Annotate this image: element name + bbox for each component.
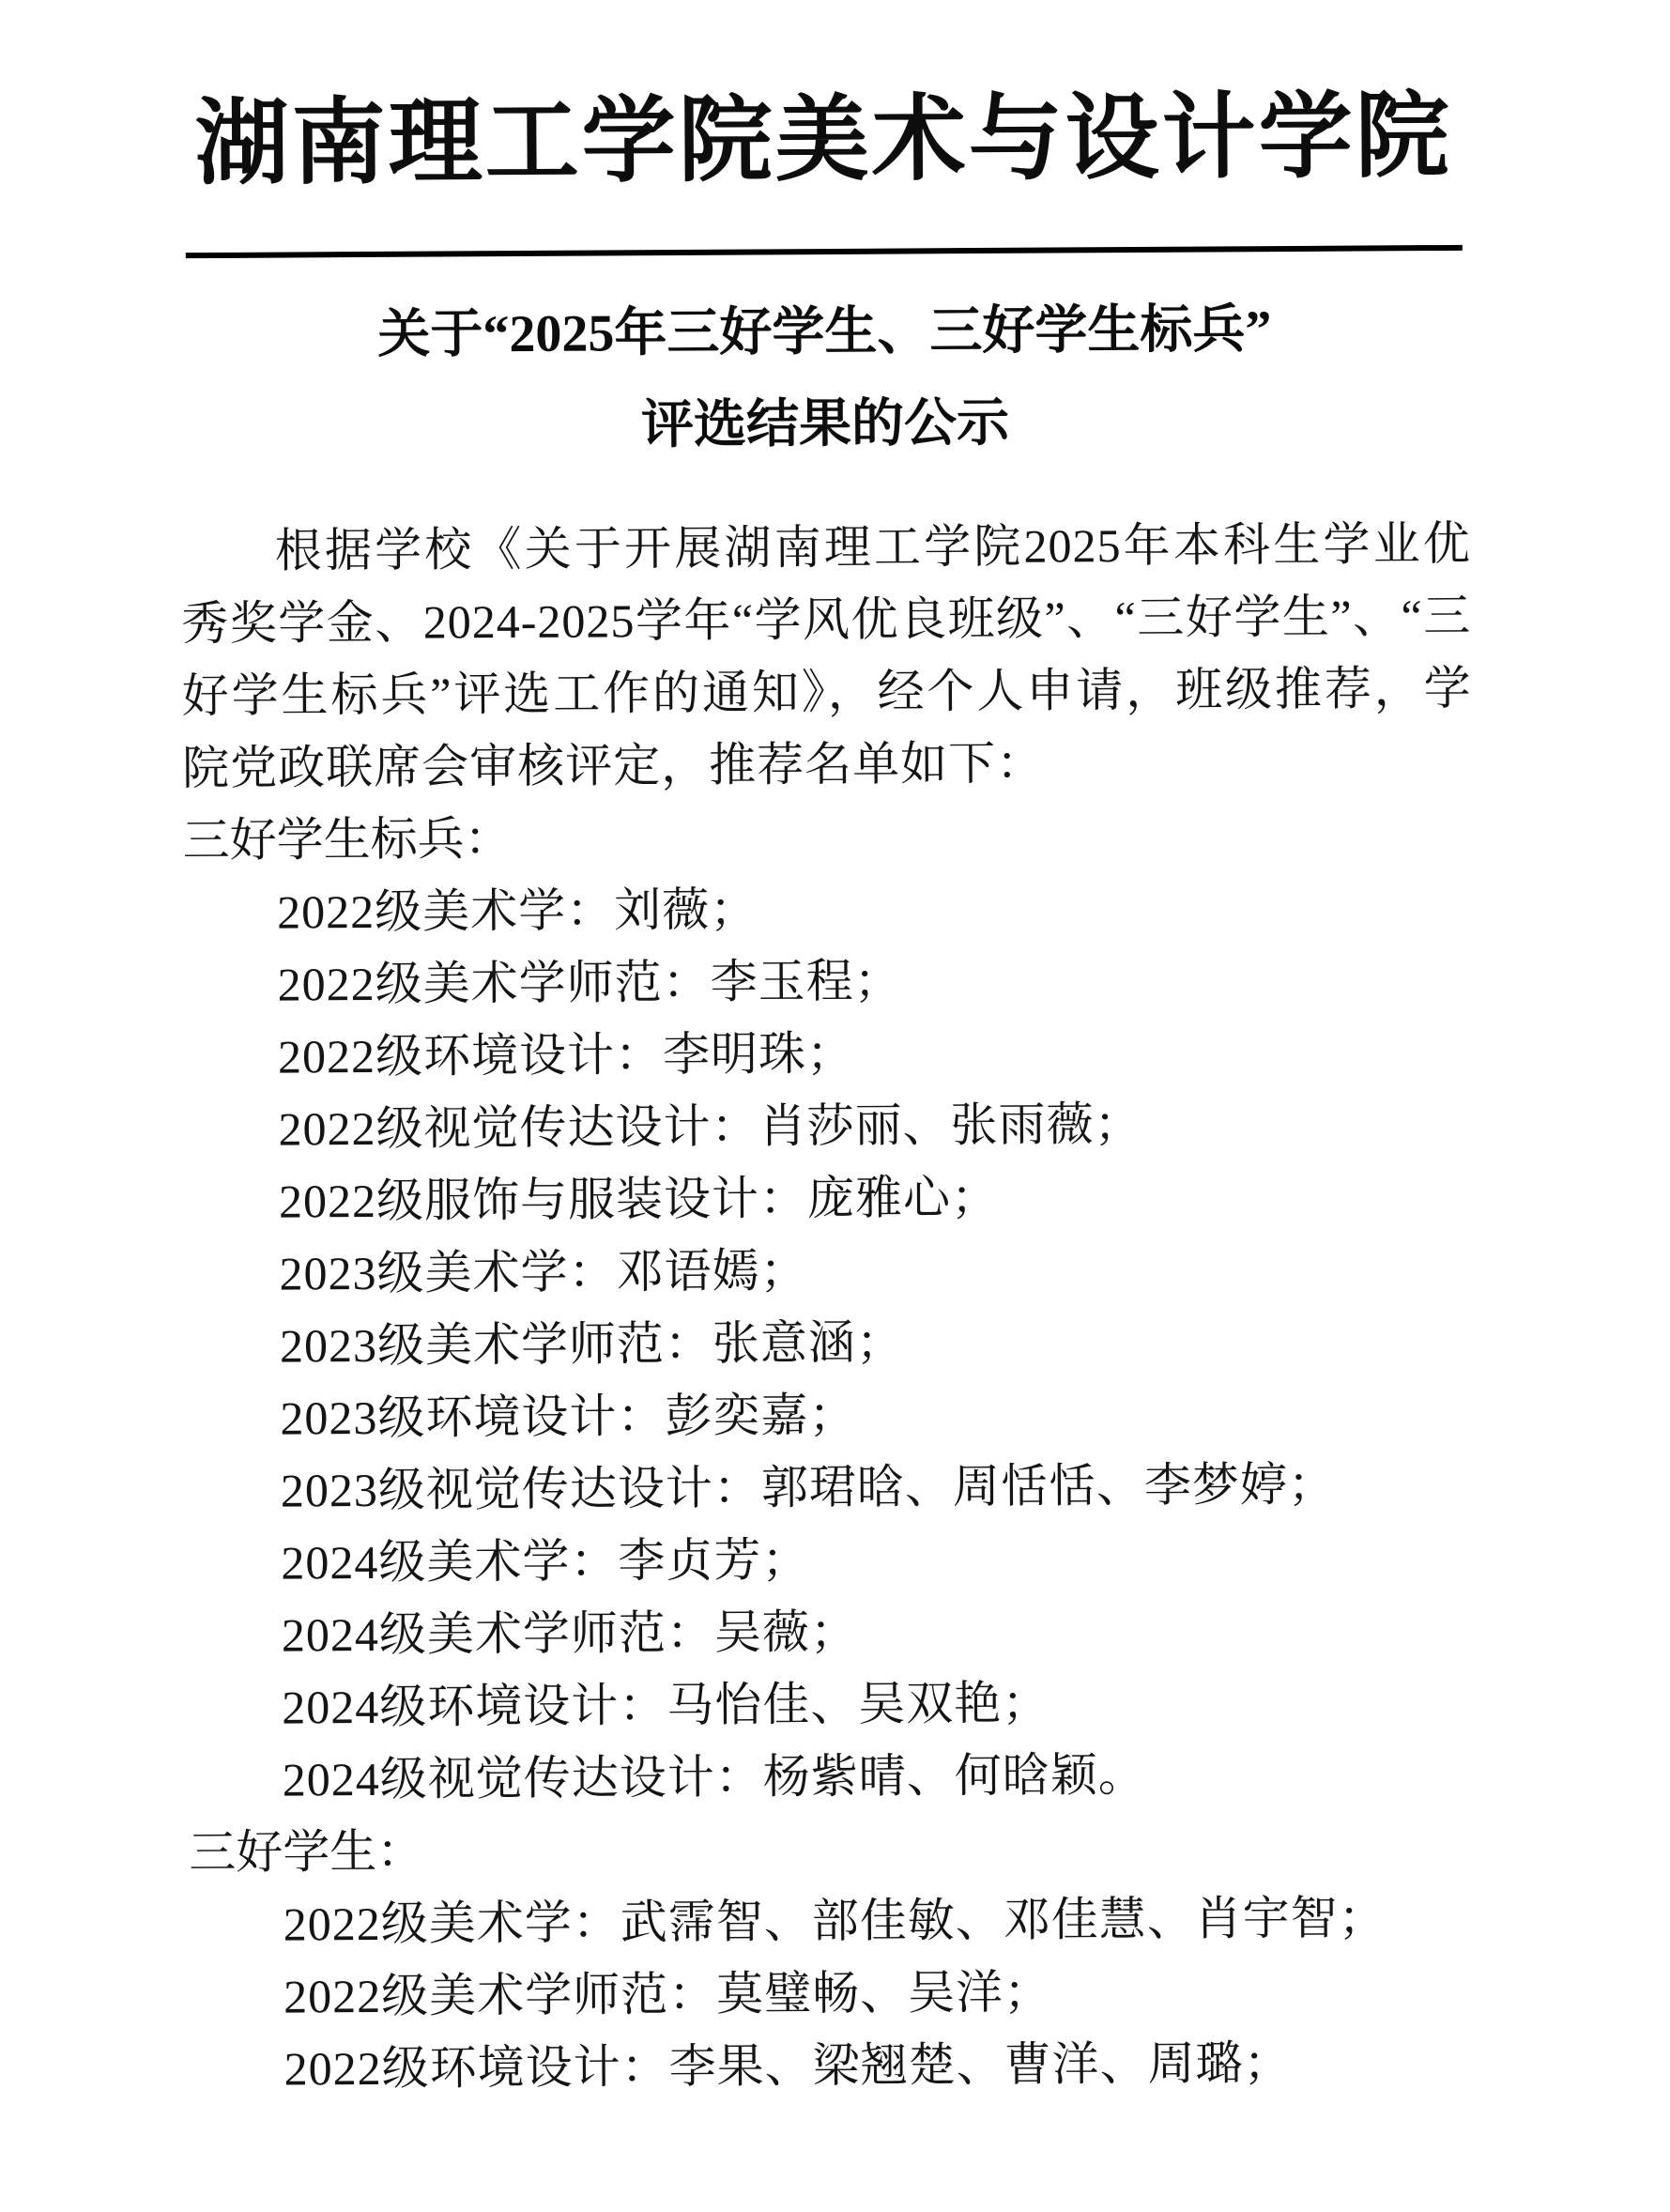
award-list-item: 2022级服饰与服装设计：庞雅心； (185, 1159, 1475, 1238)
scanned-sheet: 湖南理工学院美术与设计学院 关于“2025年三好学生、三好学生标兵” 评选结果的… (178, 76, 1480, 2106)
award-list-item: 2024级环境设计：马怡佳、吴双艳； (188, 1665, 1478, 1744)
section-heading-three-good-students: 三好学生： (189, 1809, 1478, 1889)
award-list-item: 2022级环境设计：李明珠； (184, 1014, 1474, 1094)
document-page: 湖南理工学院美术与设计学院 关于“2025年三好学生、三好学生标兵” 评选结果的… (0, 0, 1670, 2212)
title-divider (186, 245, 1463, 258)
award-list-item: 2022级美术学：武霈智、部佳敏、邓佳慧、肖宇智； (189, 1882, 1478, 1961)
award-list-item: 2022级美术学：刘薇； (183, 869, 1473, 949)
notice-title-line-2: 评选结果的公示 (180, 388, 1470, 461)
notice-title-line-1: 关于“2025年三好学生、三好学生标兵” (179, 296, 1469, 369)
section-model-students: 三好学生标兵： 2022级美术学：刘薇； 2022级美术学师范：李玉程； 202… (182, 797, 1478, 1817)
award-list-item: 2024级美术学：李贞芳； (187, 1520, 1477, 1600)
award-list-item: 2024级美术学师范：吴薇； (188, 1592, 1478, 1672)
award-list-item: 2023级美术学：邓语嫣； (185, 1231, 1475, 1311)
intro-paragraph: 根据学校《关于开展湖南理工学院2025年本科生学业优秀奖学金、2024-2025… (181, 508, 1473, 805)
award-list-item: 2024级视觉传达设计：杨紫晴、何晗颖。 (189, 1737, 1478, 1817)
award-list-item: 2023级美术学师范：张意涵； (186, 1303, 1476, 1383)
section-heading-model-students: 三好学生标兵： (182, 797, 1472, 877)
award-list-item: 2023级视觉传达设计：郭珺晗、周恬恬、李梦婷； (187, 1448, 1477, 1528)
college-title: 湖南理工学院美术与设计学院 (178, 76, 1469, 206)
award-list-item: 2022级环境设计：李果、梁翘楚、曹洋、周璐； (190, 2026, 1479, 2106)
model-students-list: 2022级美术学：刘薇； 2022级美术学师范：李玉程； 2022级环境设计：李… (183, 869, 1478, 1817)
award-list-item: 2022级美术学师范：李玉程； (183, 942, 1473, 1022)
award-list-item: 2023级环境设计：彭奕嘉； (186, 1375, 1476, 1455)
three-good-students-list: 2022级美术学：武霈智、部佳敏、邓佳慧、肖宇智； 2022级美术学师范：莫璧畅… (189, 1882, 1479, 2106)
award-list-item: 2022级视觉传达设计：肖莎丽、张雨薇； (184, 1086, 1474, 1166)
section-three-good-students: 三好学生： 2022级美术学：武霈智、部佳敏、邓佳慧、肖宇智； 2022级美术学… (189, 1809, 1480, 2106)
award-list-item: 2022级美术学师范：莫璧畅、吴洋； (190, 1954, 1479, 2034)
